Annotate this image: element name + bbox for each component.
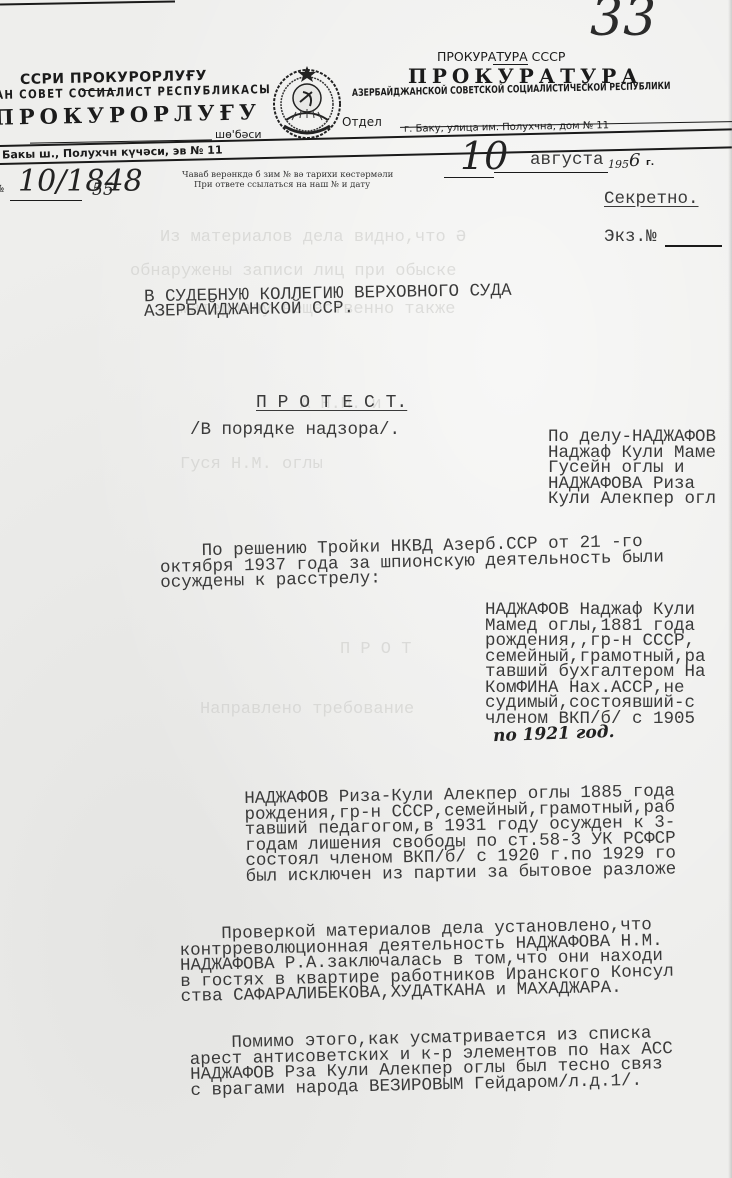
person2-description: НАДЖАФОВ Риза-Кули Алекпер оглы 1885 год… (244, 784, 676, 885)
address-top-rule (0, 128, 732, 147)
ussr-coat-of-arms-icon (270, 62, 344, 142)
outgoing-number-handwritten: 10/1848 (18, 164, 143, 199)
scan-edge-line (0, 0, 175, 5)
paragraph-findings: Проверкой материалов дела установлено,чт… (179, 918, 674, 1006)
case-reference: По делу-НАДЖАФОВ Наджаф Кули Маме Гусейн… (548, 430, 716, 508)
letterhead-right-line3: АЗЕРБАЙДЖАНСКОЙ СОВЕТСКОЙ СОЦИАЛИСТИЧЕСК… (352, 81, 671, 99)
bleed-through-text: П Р О Т (340, 640, 411, 659)
case-ref-line: Кули Алекпер огл (548, 492, 716, 508)
number-underline (10, 200, 82, 201)
date-month: августа (530, 150, 604, 170)
secret-stamp: Секретно. (604, 191, 699, 207)
dept-label-ru: Отдел (342, 115, 382, 129)
date-month-line (494, 172, 608, 173)
copy-number-label: Экз.№ (604, 229, 657, 245)
document-title: П Р О Т Е С Т. (256, 393, 407, 413)
bleed-through-text: обнаружены записи лиц при обыске (130, 262, 456, 281)
person1-description: НАДЖАФОВ Наджаф Кули Мамед оглы,1881 год… (485, 603, 706, 727)
date-year-handwritten: 6 (629, 150, 640, 171)
addressee-line2: АЗЕРБАЙДЖАНСКОЙ ССР. (144, 300, 354, 320)
bleed-through-text: Направлено требование (200, 700, 414, 719)
paragraph-sentence: По решению Тройки НКВД Азерб.ССР от 21 -… (160, 534, 665, 591)
person2-line: был исключен из партии за бытовое разлож… (246, 862, 677, 885)
reply-note-ru: При ответе ссылаться на наш № и дату (194, 180, 370, 190)
document-subtitle: /В порядке надзора/. (190, 422, 400, 438)
outgoing-number-suffix: 55 (92, 180, 114, 200)
bleed-through-text: Гуся Н.М. оглы (180, 455, 323, 474)
number-prefix: № (0, 184, 4, 195)
paragraph-additional: Помимо этого,как усматривается из списка… (189, 1026, 673, 1099)
bleed-through-text: Из материалов дела видно,что Ә (160, 228, 466, 247)
letterhead-right-line1: ПРОКУРАТУРА СССР (437, 49, 565, 64)
letterhead-left-line3: ПРОКУРОРЛУҒУ (0, 99, 261, 130)
person1-handwritten-note: по 1921 год. (493, 722, 615, 746)
page-number-handwritten: 33 (590, 0, 656, 48)
scan-edge-shadow (728, 0, 732, 1178)
date-year-suffix: г. (646, 158, 654, 168)
reply-note-az: Чаваб верәнкдә б зим № вә тарихи көстәрм… (182, 170, 393, 180)
date-year-printed: 195 (608, 158, 629, 171)
copy-number-line (665, 245, 722, 247)
